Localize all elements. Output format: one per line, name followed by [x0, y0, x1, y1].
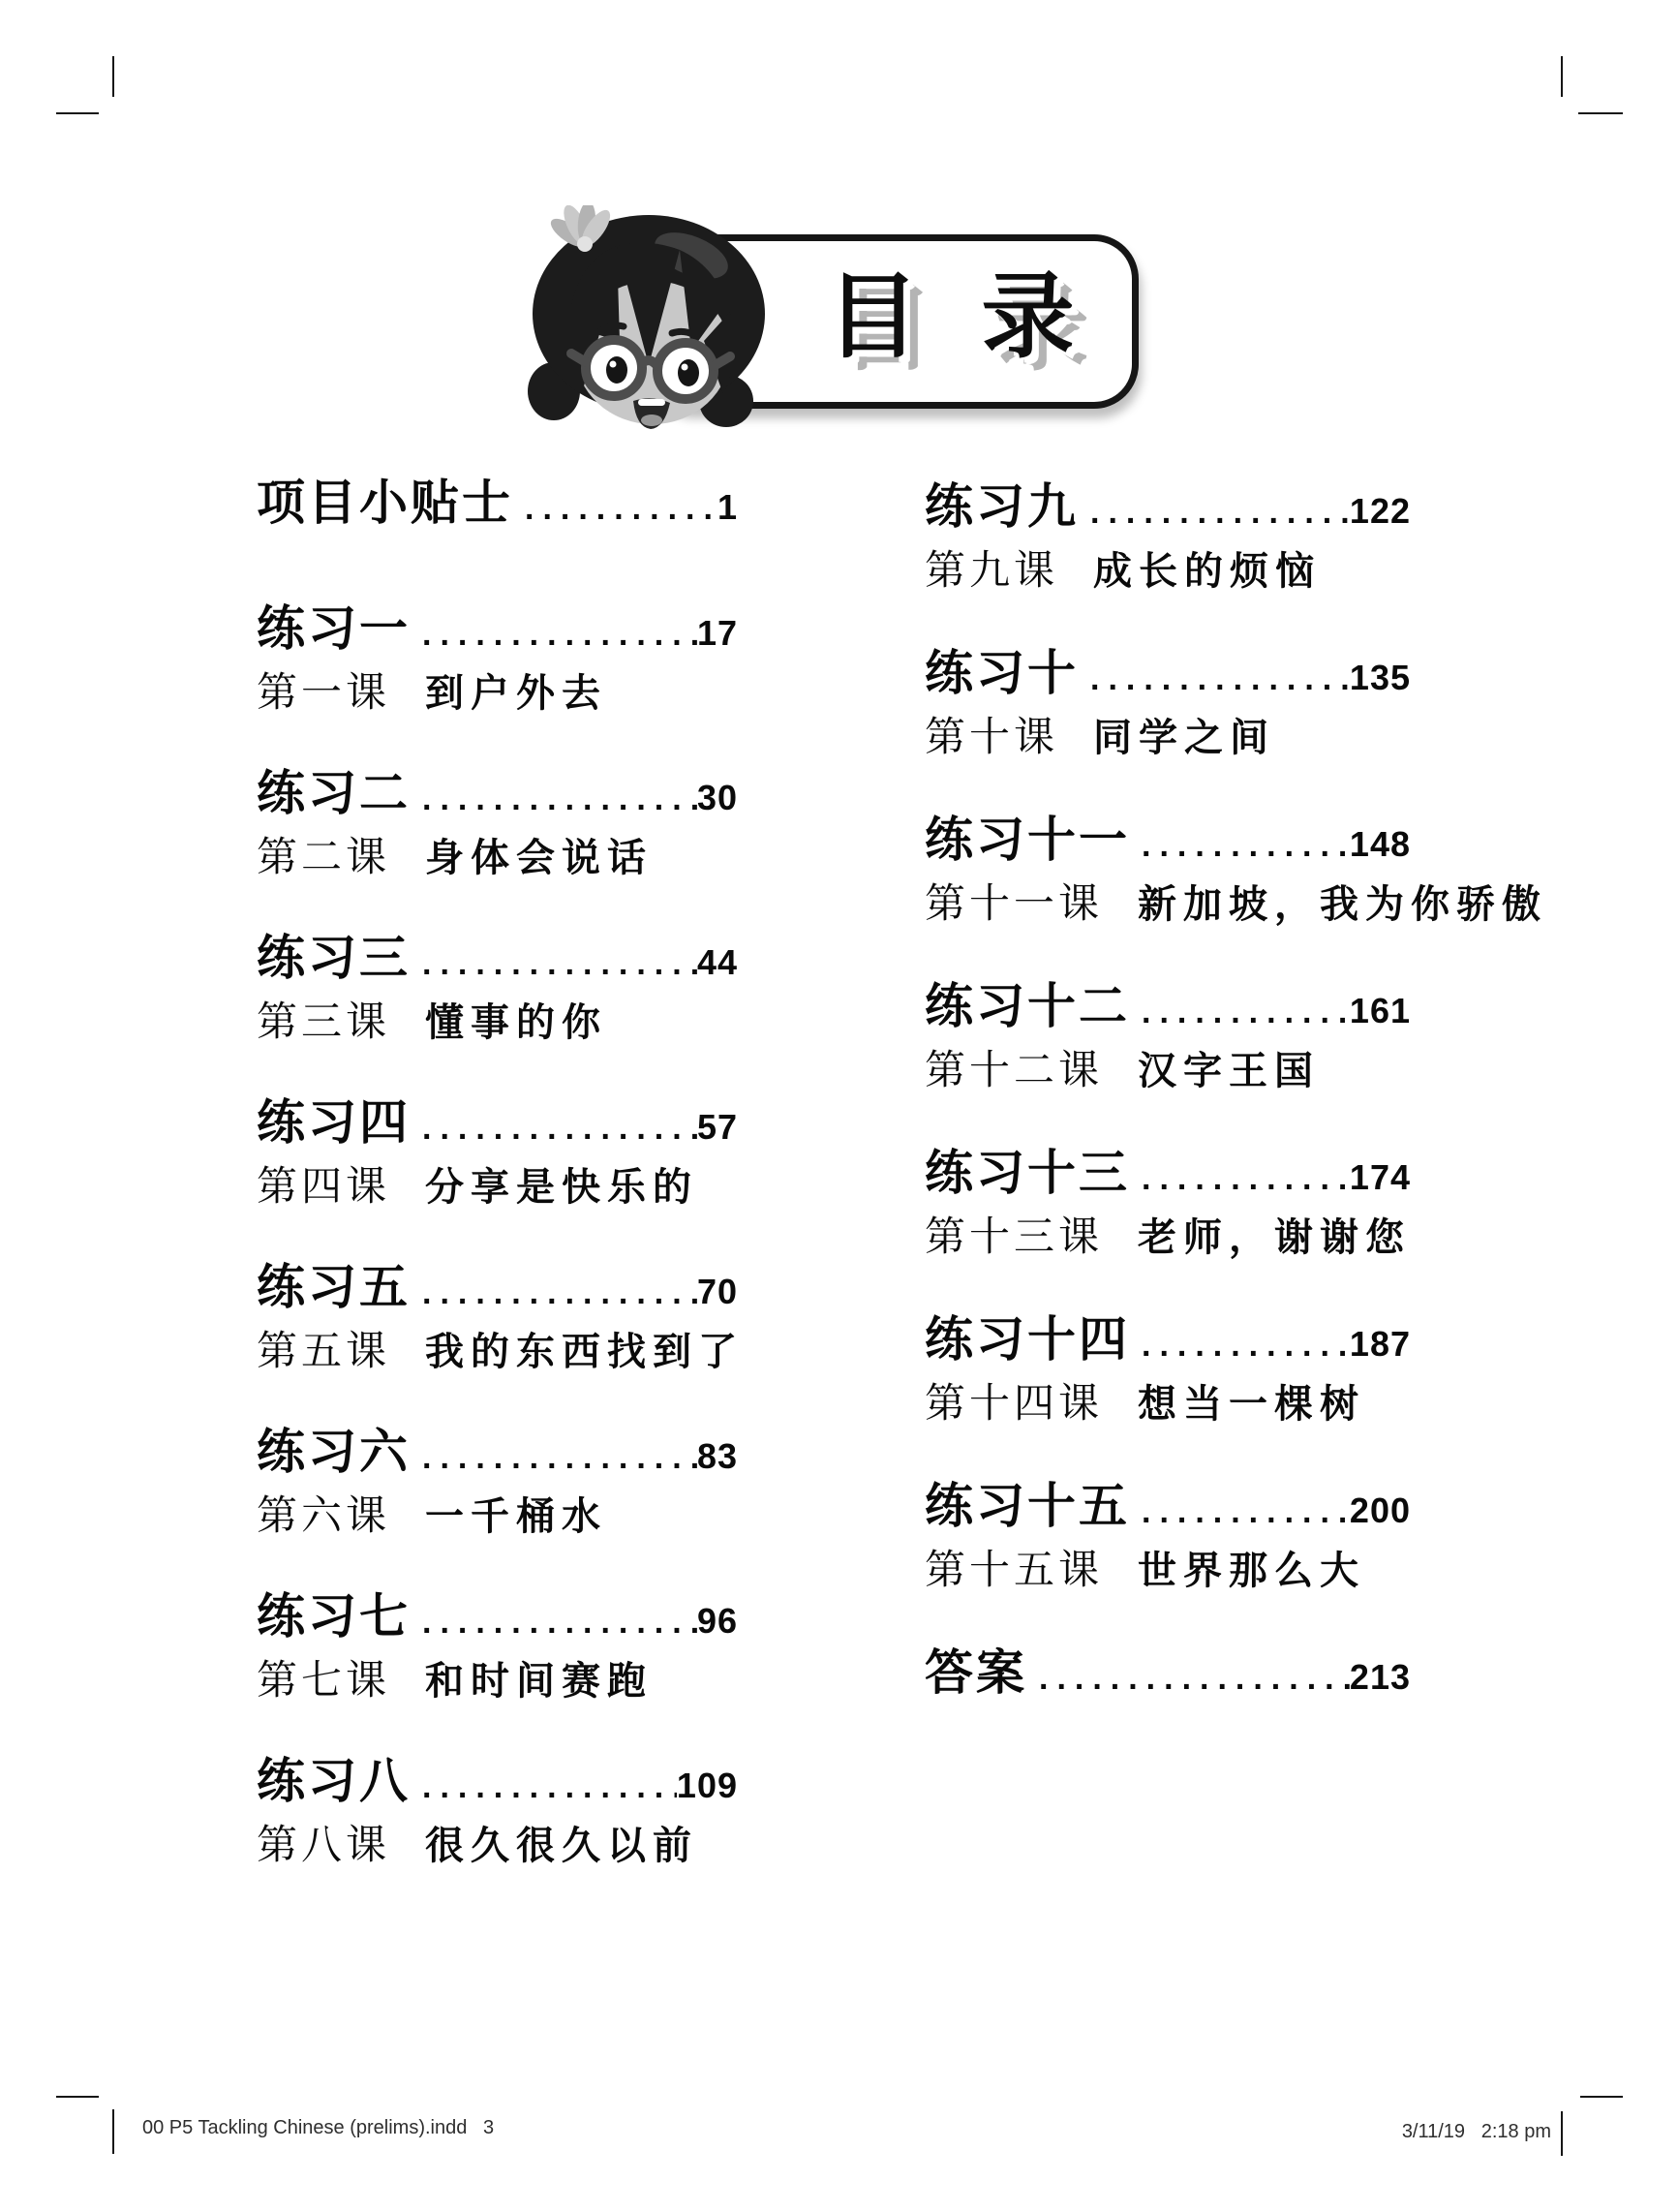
- lesson-label: 第十一课: [925, 879, 1103, 928]
- toc-entry-exercise-11: 练习十一 ...................................…: [925, 812, 1411, 928]
- dot-leader: ........................................…: [1027, 1650, 1350, 1706]
- lesson-label: 第十四课: [925, 1379, 1103, 1428]
- crop-mark-bottom-left-horizontal: [56, 2096, 99, 2098]
- entry-label: 练习十三: [925, 1145, 1130, 1201]
- dot-leader: ........................................…: [1130, 1317, 1350, 1373]
- mascot-girl-icon: [525, 205, 773, 438]
- entry-label: 练习三: [257, 930, 411, 986]
- toc-entry-exercise-1: 练习一 ....................................…: [257, 600, 738, 717]
- lesson-label: 第十五课: [925, 1546, 1103, 1594]
- dot-leader: ........................................…: [1130, 1151, 1350, 1207]
- lesson-title: 老师，谢谢您: [1138, 1214, 1411, 1262]
- toc-entry-exercise-4: 练习四 ....................................…: [257, 1094, 738, 1211]
- dot-leader: ........................................…: [1130, 817, 1350, 874]
- toc-entry-exercise-15: 练习十五 ...................................…: [925, 1478, 1411, 1594]
- entry-label: 练习十一: [925, 812, 1130, 868]
- toc-entry-exercise-3: 练习三 ....................................…: [257, 930, 738, 1046]
- toc-entry-exercise-14: 练习十四 ...................................…: [925, 1311, 1411, 1428]
- crop-mark-top-right-vertical: [1561, 56, 1563, 97]
- entry-label: 练习九: [925, 478, 1079, 535]
- lesson-title: 很久很久以前: [425, 1822, 698, 1870]
- toc-entry-exercise-10: 练习十 ....................................…: [925, 645, 1411, 761]
- entry-label: 练习十二: [925, 978, 1130, 1034]
- page-number: 187: [1350, 1316, 1411, 1372]
- crop-mark-bottom-left-vertical: [112, 2109, 114, 2154]
- dot-leader: ........................................…: [411, 936, 697, 992]
- page-number: 148: [1350, 816, 1411, 873]
- dot-leader: ........................................…: [411, 606, 697, 662]
- entry-label: 项目小贴士: [257, 475, 513, 531]
- crop-mark-bottom-right-vertical: [1561, 2111, 1563, 2156]
- page-number: 135: [1350, 650, 1411, 706]
- page-number: 161: [1350, 983, 1411, 1039]
- entry-label: 答案: [925, 1644, 1027, 1701]
- lesson-title: 一千桶水: [425, 1492, 607, 1541]
- dot-leader: ........................................…: [411, 1594, 697, 1650]
- toc-entry-exercise-12: 练习十二 ...................................…: [925, 978, 1411, 1094]
- toc-entry-exercise-2: 练习二 ....................................…: [257, 765, 738, 881]
- title-char-lu: 录: [982, 271, 1075, 364]
- toc-entry-exercise-9: 练习九 ....................................…: [925, 478, 1411, 595]
- lesson-title: 世界那么大: [1138, 1547, 1365, 1595]
- lesson-label: 第十二课: [925, 1046, 1103, 1094]
- toc-entry-exercise-5: 练习五 ....................................…: [257, 1259, 738, 1375]
- lesson-title: 想当一棵树: [1138, 1380, 1365, 1429]
- dot-leader: ........................................…: [1079, 651, 1350, 707]
- lesson-title: 同学之间: [1093, 714, 1275, 762]
- lesson-label: 第一课: [257, 668, 390, 717]
- lesson-label: 第五课: [257, 1327, 390, 1375]
- dot-leader: ........................................…: [411, 1429, 697, 1486]
- toc-entry-exercise-6: 练习六 ....................................…: [257, 1424, 738, 1540]
- entry-label: 练习六: [257, 1424, 411, 1480]
- lesson-title: 到户外去: [425, 669, 607, 718]
- toc-page: 目 录: [0, 0, 1678, 2212]
- lesson-label: 第六课: [257, 1491, 390, 1540]
- page-number: 109: [677, 1758, 738, 1814]
- entry-label: 练习十: [925, 645, 1079, 701]
- toc-entry-tips: 项目小贴士 ..................................…: [257, 475, 738, 531]
- entry-label: 练习七: [257, 1588, 411, 1644]
- lesson-label: 第九课: [925, 546, 1058, 595]
- lesson-label: 第八课: [257, 1821, 390, 1869]
- page-number: 70: [697, 1264, 738, 1320]
- page-title: 目 录: [770, 240, 1131, 395]
- toc-column-right: 练习九 ....................................…: [925, 478, 1411, 1770]
- entry-label: 练习四: [257, 1094, 411, 1151]
- dot-leader: ........................................…: [513, 480, 717, 537]
- page-number: 96: [697, 1593, 738, 1649]
- lesson-title: 成长的烦恼: [1093, 547, 1321, 596]
- lesson-label: 第二课: [257, 833, 390, 881]
- page-number: 83: [697, 1429, 738, 1485]
- lesson-label: 第十课: [925, 713, 1058, 761]
- page-number: 17: [697, 605, 738, 661]
- crop-mark-bottom-right-horizontal: [1580, 2096, 1623, 2098]
- crop-mark-top-left-horizontal: [56, 112, 99, 114]
- dot-leader: ........................................…: [1130, 984, 1350, 1040]
- dot-leader: ........................................…: [411, 771, 697, 827]
- entry-label: 练习五: [257, 1259, 411, 1315]
- page-number: 44: [697, 935, 738, 991]
- crop-mark-top-left-vertical: [112, 56, 114, 97]
- entry-label: 练习十五: [925, 1478, 1130, 1534]
- entry-label: 练习一: [257, 600, 411, 657]
- page-number: 57: [697, 1099, 738, 1155]
- toc-entry-answers: 答案 .....................................…: [925, 1644, 1411, 1701]
- footer-timestamp: 3/11/19 2:18 pm: [1402, 2121, 1551, 2143]
- dot-leader: ........................................…: [411, 1759, 677, 1815]
- dot-leader: ........................................…: [411, 1100, 697, 1156]
- page-number: 1: [717, 479, 738, 536]
- lesson-label: 第三课: [257, 998, 390, 1046]
- title-char-mu: 目: [827, 271, 920, 364]
- footer-filename: 00 P5 Tackling Chinese (prelims).indd 3: [142, 2117, 494, 2139]
- lesson-title: 汉字王国: [1138, 1047, 1320, 1095]
- toc-entry-exercise-8: 练习八 ....................................…: [257, 1753, 738, 1869]
- page-number: 174: [1350, 1150, 1411, 1206]
- lesson-title: 身体会说话: [425, 834, 653, 882]
- entry-label: 练习二: [257, 765, 411, 821]
- dot-leader: ........................................…: [1130, 1484, 1350, 1540]
- page-number: 122: [1350, 483, 1411, 539]
- entry-label: 练习八: [257, 1753, 411, 1809]
- dot-leader: ........................................…: [411, 1265, 697, 1321]
- dot-leader: ........................................…: [1079, 484, 1350, 540]
- entry-label: 练习十四: [925, 1311, 1130, 1367]
- mouth-shape: [633, 398, 670, 429]
- crop-mark-top-right-horizontal: [1578, 112, 1623, 114]
- toc-entry-exercise-7: 练习七 ....................................…: [257, 1588, 738, 1705]
- lesson-label: 第十三课: [925, 1213, 1103, 1261]
- lesson-label: 第四课: [257, 1162, 390, 1211]
- lesson-label: 第七课: [257, 1656, 390, 1705]
- lesson-title: 懂事的你: [425, 998, 607, 1047]
- page-number: 30: [697, 770, 738, 826]
- lesson-title: 分享是快乐的: [425, 1163, 698, 1212]
- lesson-title: 和时间赛跑: [425, 1657, 653, 1705]
- lesson-title: 新加坡，我为你骄傲: [1138, 880, 1547, 929]
- toc-column-left: 项目小贴士 ..................................…: [257, 475, 738, 1918]
- toc-entry-exercise-13: 练习十三 ...................................…: [925, 1145, 1411, 1261]
- page-number: 213: [1350, 1649, 1411, 1705]
- page-number: 200: [1350, 1483, 1411, 1539]
- lesson-title: 我的东西找到了: [425, 1328, 744, 1376]
